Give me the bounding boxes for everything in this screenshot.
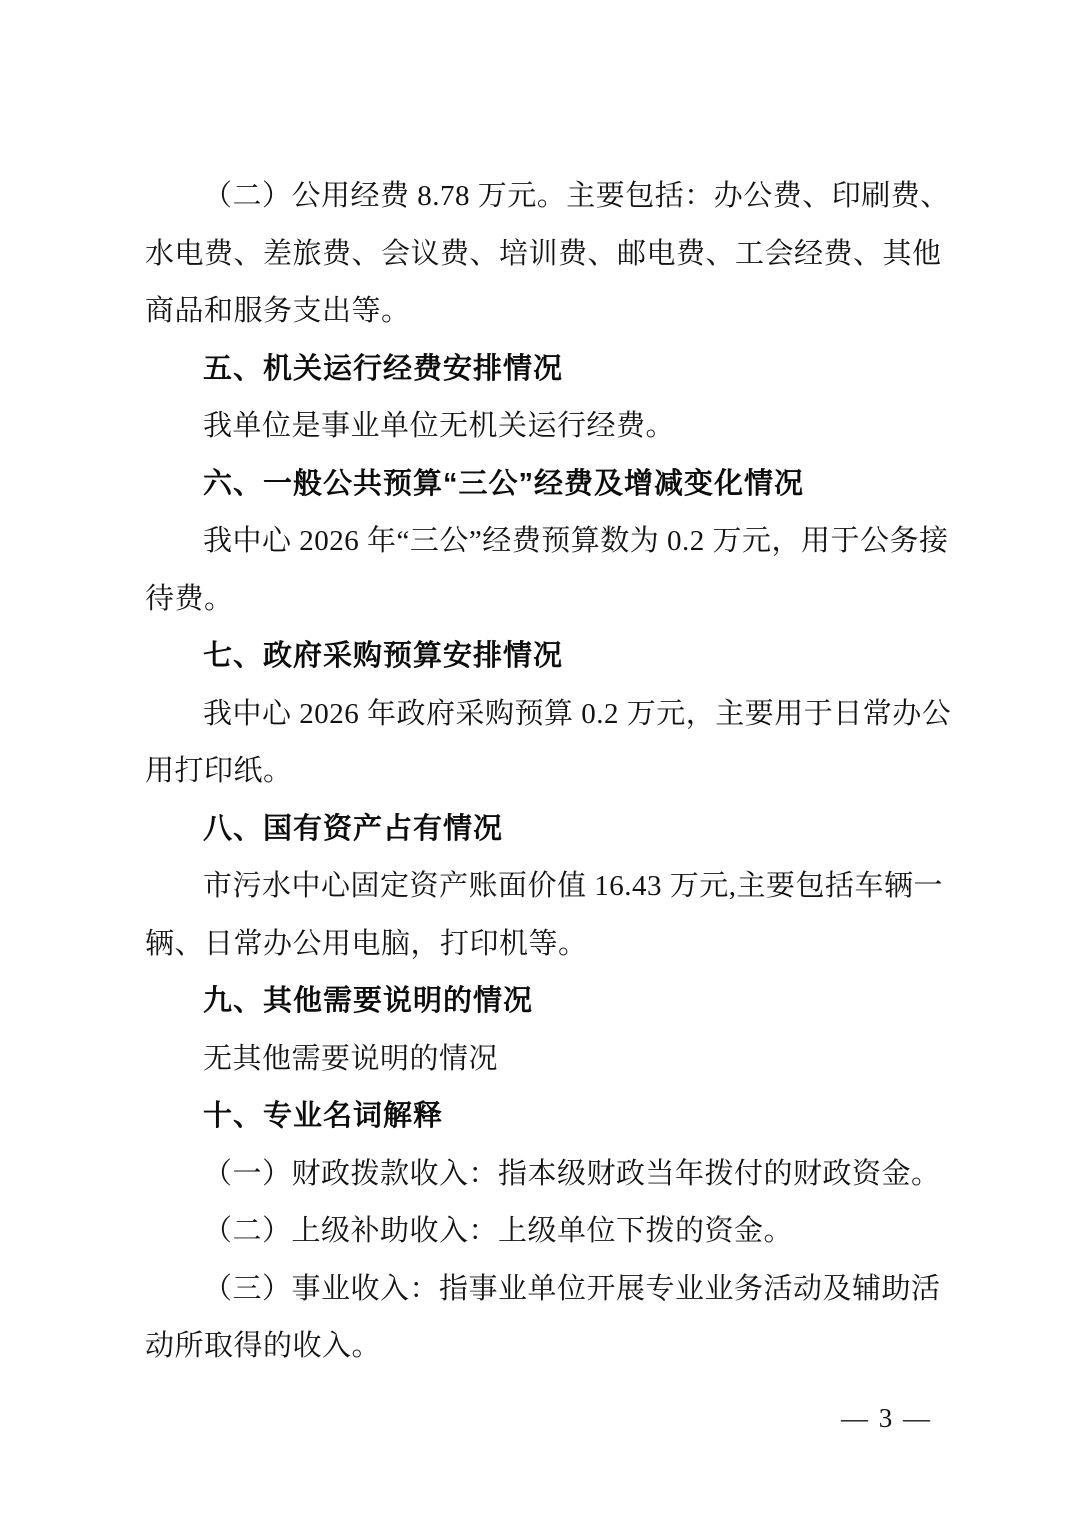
paragraph-line: 用打印纸。 [145, 743, 937, 801]
paragraph-line: 动所取得的收入。 [145, 1318, 937, 1376]
paragraph-line: 无其他需要说明的情况 [145, 1031, 937, 1089]
paragraph-line: 我单位是事业单位无机关运行经费。 [145, 398, 937, 456]
paragraph-line: 我中心 2026 年政府采购预算 0.2 万元，主要用于日常办公 [145, 686, 937, 744]
section-heading-6: 六、一般公共预算“三公”经费及增减变化情况 [145, 456, 937, 514]
paragraph-line: 辆、日常办公用电脑，打印机等。 [145, 916, 937, 974]
paragraph-line: （二）上级补助收入：上级单位下拨的资金。 [145, 1203, 937, 1261]
paragraph-line: （二）公用经费 8.78 万元。主要包括：办公费、印刷费、 [145, 168, 937, 226]
paragraph-line: （三）事业收入：指事业单位开展专业业务活动及辅助活 [145, 1261, 937, 1319]
document-body: （二）公用经费 8.78 万元。主要包括：办公费、印刷费、 水电费、差旅费、会议… [145, 168, 937, 1376]
paragraph-line: 商品和服务支出等。 [145, 283, 937, 341]
paragraph-line: 我中心 2026 年“三公”经费预算数为 0.2 万元，用于公务接 [145, 513, 937, 571]
paragraph-line: 市污水中心固定资产账面价值 16.43 万元,主要包括车辆一 [145, 858, 937, 916]
paragraph-line: 水电费、差旅费、会议费、培训费、邮电费、工会经费、其他 [145, 226, 937, 284]
page-number: — 3 — [841, 1398, 932, 1438]
section-heading-8: 八、国有资产占有情况 [145, 801, 937, 859]
section-heading-9: 九、其他需要说明的情况 [145, 973, 937, 1031]
paragraph-line: 待费。 [145, 571, 937, 629]
section-heading-5: 五、机关运行经费安排情况 [145, 341, 937, 399]
paragraph-line: （一）财政拨款收入：指本级财政当年拨付的财政资金。 [145, 1146, 937, 1204]
section-heading-10: 十、专业名词解释 [145, 1088, 937, 1146]
document-page: （二）公用经费 8.78 万元。主要包括：办公费、印刷费、 水电费、差旅费、会议… [0, 0, 1074, 1520]
section-heading-7: 七、政府采购预算安排情况 [145, 628, 937, 686]
